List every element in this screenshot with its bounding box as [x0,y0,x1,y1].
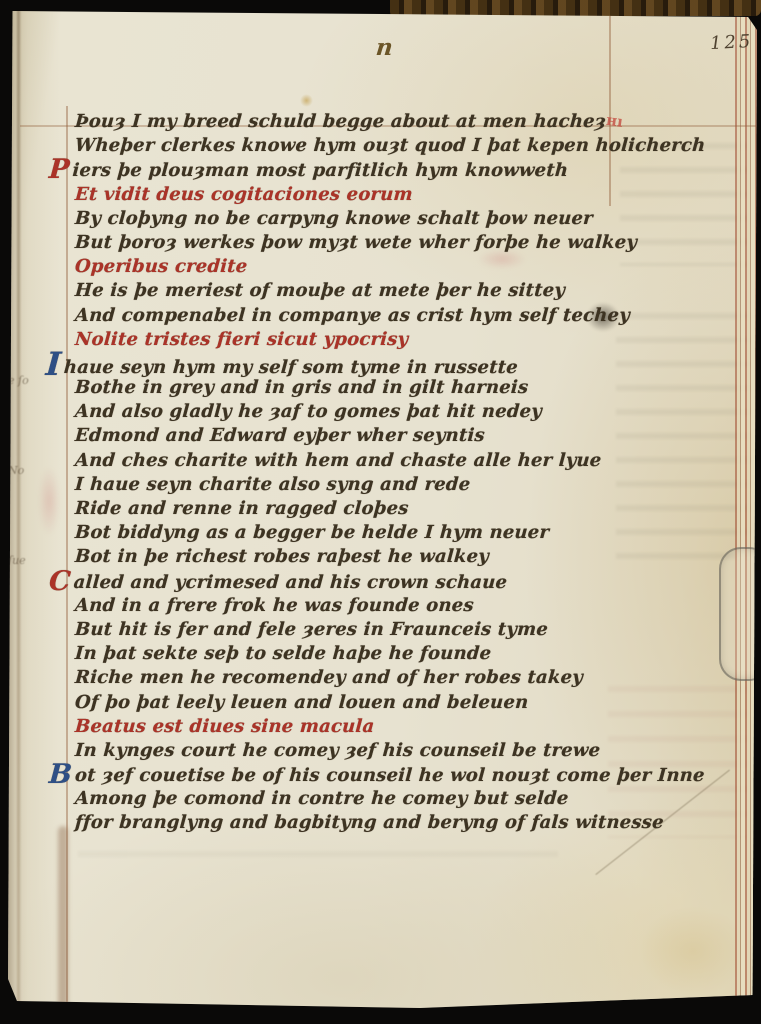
manuscript-line: Þouȝ I my breed schuld begge about at me… [74,110,726,134]
manuscript-line: Ride and renne in ragged cloþes [74,497,726,521]
line-text: Þouȝ I my breed schuld begge about at me… [74,111,606,132]
manuscript-line: Of þo þat leely leuen and louen and bele… [74,691,726,715]
line-text: haue seyn hym my self som tyme in russet… [63,357,518,378]
line-text-rubric: Beatus est diues sine macula [74,716,375,737]
manuscript-line-latin: Nolite tristes fieri sicut ypocrisy [74,328,726,352]
line-text: I haue seyn charite also syng and rede [74,474,471,495]
line-text: Bot biddyng as a begger be helde I hym n… [74,522,550,543]
manuscript-line-latin: Beatus est diues sine macula [74,715,726,739]
line-text: And ches charite with hem and chaste all… [74,450,602,471]
line-text: Edmond and Edward eyþer wher seyntis [74,425,485,446]
line-text: Bothe in grey and in gris and in gilt ha… [74,377,529,398]
binding-headband [390,0,761,16]
line-text: And in a frere frok he was founde ones [74,595,474,616]
manuscript-line: And compenabel in companye as crist hym … [74,304,726,328]
corner-stain [638,906,748,996]
line-text-rubric: Et vidit deus cogitaciones eorum [74,184,413,205]
manuscript-line: Among þe comond in contre he comey but s… [74,787,726,811]
line-text: Riche men he recomendey and of her robes… [74,667,583,688]
ruling-smudge [58,826,68,1009]
manuscript-line: Bot ȝef couetise be of his counseil he w… [74,763,726,787]
manuscript-line: But hit is fer and fele ȝeres in Fraunce… [74,618,726,642]
manuscript-line: Edmond and Edward eyþer wher seyntis [74,424,726,448]
manuscript-line: Ihaue seyn hym my self som tyme in russe… [74,352,726,376]
show-through-text [78,844,558,870]
folio-number: 125 [709,31,753,54]
blue-initial: B [48,763,73,787]
rubricated-initial: C [48,570,71,594]
line-text: In þat sekte seþ to selde haþe he founde [74,643,492,664]
blue-initial: I [45,352,62,376]
rubricated-initial: P [48,158,70,182]
manuscript-line: Piers þe plouȝman most parfitlich hym kn… [74,158,726,182]
facing-page-edge-marks: e ſo No ſue [8,336,34,856]
manuscript-line: Bot biddyng as a begger be helde I hym n… [74,521,726,545]
manuscript-line: And in a frere frok he was founde ones [74,594,726,618]
wax-stain [300,94,313,107]
line-text: And compenabel in companye as crist hym … [74,305,630,326]
line-text: Wheþer clerkes knowe hym ouȝt quod I þat… [74,135,706,156]
line-text: Of þo þat leely leuen and louen and bele… [74,692,529,713]
line-text: iers þe plouȝman most parfitlich hym kno… [72,160,569,181]
manuscript-line: Bothe in grey and in gris and in gilt ha… [74,376,726,400]
manuscript-page: e ſo No ſue ʜı n 125 Þouȝ I my breed sch… [8,6,757,1009]
manuscript-line: In þat sekte seþ to selde haþe he founde [74,642,726,666]
line-text: But hit is fer and fele ȝeres in Fraunce… [74,619,548,640]
manuscript-line: Wheþer clerkes knowe hym ouȝt quod I þat… [74,134,726,158]
manuscript-line: Bot in þe richest robes raþest he walkey [74,545,726,569]
manuscript-line: And also gladly he ȝaf to gomes þat hit … [74,400,726,424]
line-text: He is þe meriest of mouþe at mete þer he… [74,280,565,301]
manuscript-line: I haue seyn charite also syng and rede [74,473,726,497]
line-text: And also gladly he ȝaf to gomes þat hit … [74,401,542,422]
manuscript-line: By cloþyng no be carpyng knowe schalt þo… [74,207,726,231]
line-text: Ride and renne in ragged cloþes [74,498,409,519]
quire-signature: n [375,34,395,61]
manuscript-line: In kynges court he comey ȝef his counsei… [74,739,726,763]
manuscript-line-latin: Operibus credite [74,255,726,279]
manuscript-line: Called and ycrimesed and his crown schau… [74,570,726,594]
line-text-rubric: Operibus credite [74,256,248,277]
line-text: ot ȝef couetise be of his counseil he wo… [74,765,705,786]
line-text: In kynges court he comey ȝef his counsei… [74,740,601,761]
manuscript-line: But þoroȝ werkes þow myȝt wete wher forþ… [74,231,726,255]
manuscript-line-latin: Et vidit deus cogitaciones eorum [74,183,726,207]
line-text-rubric: Nolite tristes fieri sicut ypocrisy [74,329,409,350]
line-text: But þoroȝ werkes þow myȝt wete wher forþ… [74,232,637,253]
line-text: By cloþyng no be carpyng knowe schalt þo… [74,208,593,229]
manuscript-line: He is þe meriest of mouþe at mete þer he… [74,279,726,303]
line-text: Among þe comond in contre he comey but s… [74,788,569,809]
manuscript-line: ffor branglyng and bagbityng and beryng … [74,811,726,835]
manuscript-line: And ches charite with hem and chaste all… [74,449,726,473]
line-text: alled and ycrimesed and his crown schaue [73,572,508,593]
line-text: ffor branglyng and bagbityng and beryng … [74,812,664,833]
text-block: Þouȝ I my breed schuld begge about at me… [75,110,725,836]
line-text: Bot in þe richest robes raþest he walkey [74,546,489,567]
manuscript-line: Riche men he recomendey and of her robes… [74,666,726,690]
